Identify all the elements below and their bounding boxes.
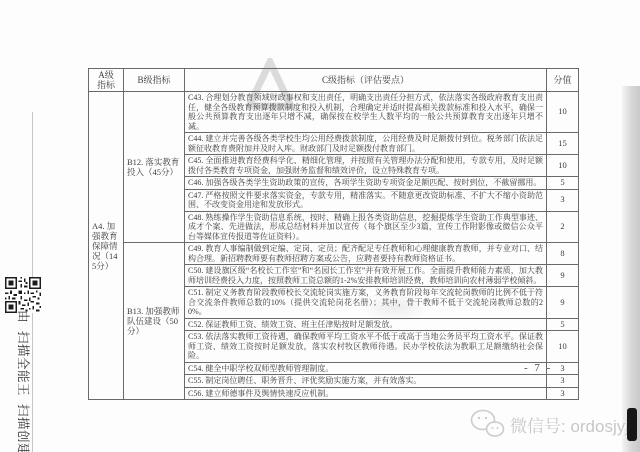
score-cell: 15 [547,133,579,155]
indicator-cell: C51. 制定义务教育阶段教师校长交流轮岗实施方案，义务教育阶段每年交流轮岗教师… [185,287,547,319]
score-cell: 3 [547,387,579,400]
table-row: B13. 加强教师队伍建设（50分） C49. 教育人事编制做到定编、定岗、定员… [89,243,579,265]
indicator-cell: C48. 熟练操作学生资助信息系统，按时、精确上报各类资助信息，挖掘提炼学生资助… [185,211,547,243]
indicator-cell: C43. 合理划分教育领域财政事权和支出责任，明确支出责任分担方式，依法落实各级… [185,92,547,133]
header-a-level: A级 指标 [89,69,124,92]
b-group-cell-b13: B13. 加强教师队伍建设（50分） [124,243,185,400]
score-cell: 2 [547,211,579,243]
table-row: A4. 加强教育保障情况（145分） B12. 落实教育投入（45分） C43.… [89,92,579,133]
qr-code-icon [4,277,42,313]
score-cell: 8 [547,243,579,265]
header-score: 分值 [547,69,579,92]
table-header-row: A级 指标 B级指标 C级指标（评估要点） 分值 [89,69,579,92]
wechat-id-text: 微信号: ordosjyj [510,412,629,437]
wechat-bubbles-icon [470,408,506,440]
header-a-line1: A级 [92,70,120,80]
header-a-line2: 指标 [92,80,120,90]
indicator-cell: C45. 全面推进教育经费科学化、精细化管理，并按照有关管理办法分配和使用，专款… [185,155,547,177]
score-cell: 10 [547,92,579,133]
score-cell: 3 [547,375,579,388]
score-cell: 3 [547,189,579,211]
score-cell: 5 [547,318,579,331]
indicator-cell: C54. 健全中职学校双师型教师管理制度。 [185,362,547,375]
indicator-cell: C55. 制定岗位聘任、职务晋升、评优奖励实施方案，并有效落实。 [185,375,547,388]
evaluation-indicator-table: A级 指标 B级指标 C级指标（评估要点） 分值 A4. 加强教育保障情况（14… [88,68,579,400]
scan-right-shadow [622,86,640,452]
b-group-cell-b12: B12. 落实教育投入（45分） [124,92,185,243]
scanner-credit-text: 由 扫描全能王 扫描创建 [15,310,33,452]
score-cell: 9 [547,265,579,287]
score-cell: 10 [547,155,579,177]
score-cell: 9 [547,287,579,319]
header-b-level: B级指标 [124,69,185,92]
wechat-watermark: 微信号: ordosjyj [470,408,629,440]
cropped-logo-bar [627,408,637,441]
a-group-cell: A4. 加强教育保障情况（145分） [89,92,124,400]
indicator-cell: C47. 严格按照文件要求落实资金，专款专用，精准落实。不随意更改资助标准、不扩… [185,189,547,211]
score-cell: 10 [547,331,579,363]
indicator-cell: C53. 依法落实教师工资待遇，确保教师平均工资水平不低于或高于当地公务员平均工… [185,331,547,363]
page-number: - 7 - [524,362,552,374]
indicator-cell: C50. 建设旗区级“名校长工作室”和“名园长工作室”并有效开展工作。全面提升教… [185,265,547,287]
score-cell: 5 [547,177,579,190]
indicator-cell: C46. 加强各级各类学生资助政策的宣传，各项学生资助专项资金足额匹配、按时到位… [185,177,547,190]
indicator-cell: C44. 建立并完善各级各类学校生均公用经费拨款制度，公用经费及时足额拨付到位。… [185,133,547,155]
indicator-cell: C56. 建立师德事件及舆情快速反应机制。 [185,387,547,400]
header-c-level: C级指标（评估要点） [185,69,547,92]
indicator-cell: C49. 教育人事编制做到定编、定岗、定员；配齐配足专任教师和心理健康教育教师，… [185,243,547,265]
indicator-cell: C52. 保证教师工资、绩效工资、班主任津贴按时足额发放。 [185,318,547,331]
